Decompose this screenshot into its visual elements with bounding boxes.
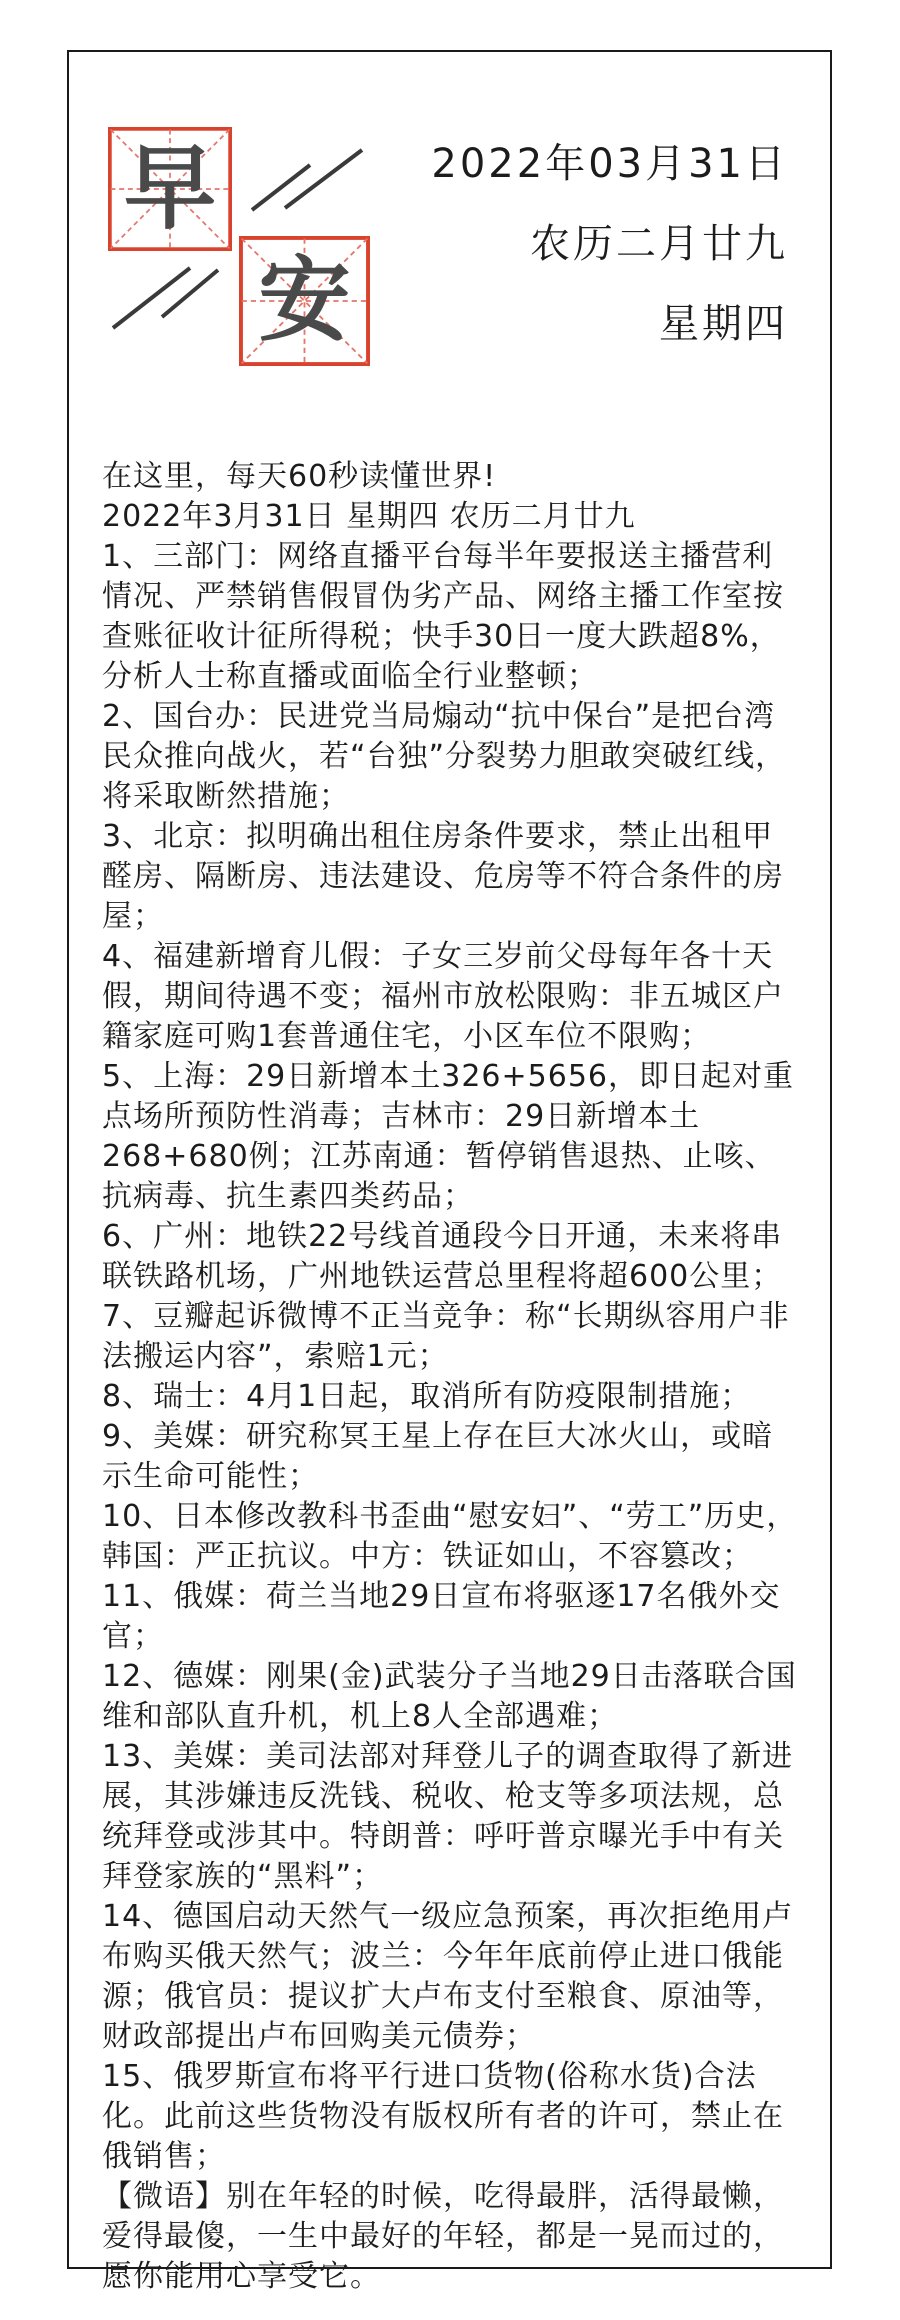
news-item: 5、上海：29日新增本土326+5656，即日起对重点场所预防性消毒；吉林市：2… — [102, 1057, 802, 1217]
date-gregorian: 2022年03月31日 — [431, 124, 788, 204]
news-item: 8、瑞士：4月1日起，取消所有防疫限制措施； — [102, 1377, 802, 1417]
tagline: 在这里，每天60秒读懂世界! — [102, 457, 802, 497]
logo-char-zao: 早 — [124, 143, 216, 235]
news-item: 15、俄罗斯宣布将平行进口货物(俗称水货)合法化。此前这些货物没有版权所有者的许… — [102, 2057, 802, 2177]
news-item: 3、北京：拟明确出租住房条件要求，禁止出租甲醛房、隔断房、违法建设、危房等不符合… — [102, 817, 802, 937]
date-heading: 2022年3月31日 星期四 农历二月廿九 — [102, 497, 802, 537]
news-body: 在这里，每天60秒读懂世界! 2022年3月31日 星期四 农历二月廿九 1、三… — [102, 457, 802, 2297]
logo-box-zao: 早 — [108, 127, 232, 251]
weiyu-quote: 【微语】别在年轻的时候，吃得最胖，活得最懒，爱得最傻，一生中最好的年轻，都是一晃… — [102, 2177, 802, 2297]
page-border: 早 安 2022年03月31日 农历二月廿九 星期四 在这里，每天60秒读懂世界… — [67, 50, 832, 2269]
news-item: 1、三部门：网络直播平台每半年要报送主播营利情况、严禁销售假冒伪劣产品、网络主播… — [102, 537, 802, 697]
news-item: 10、日本修改教科书歪曲“慰安妇”、“劳工”历史，韩国：严正抗议。中方：铁证如山… — [102, 1497, 802, 1577]
morning-news-card: 早 安 2022年03月31日 农历二月廿九 星期四 在这里，每天60秒读懂世界… — [0, 0, 900, 2320]
news-item: 14、德国启动天然气一级应急预案，再次拒绝用卢布购买俄天然气；波兰：今年年底前停… — [102, 1897, 802, 2057]
news-item: 4、福建新增育儿假：子女三岁前父母每年各十天假，期间待遇不变；福州市放松限购：非… — [102, 937, 802, 1057]
news-item: 9、美媒：研究称冥王星上存在巨大冰火山，或暗示生命可能性； — [102, 1417, 802, 1497]
date-lunar: 农历二月廿九 — [431, 204, 788, 284]
date-weekday: 星期四 — [431, 284, 788, 364]
news-item: 7、豆瓣起诉微博不正当竞争：称“长期纵容用户非法搬运内容”，索赔1元； — [102, 1297, 802, 1377]
logo-box-an: 安 — [239, 236, 370, 366]
news-item: 2、国台办：民进党当局煽动“抗中保台”是把台湾民众推向战火，若“台独”分裂势力胆… — [102, 697, 802, 817]
news-item: 13、美媒：美司法部对拜登儿子的调查取得了新进展，其涉嫌违反洗钱、税收、枪支等多… — [102, 1737, 802, 1897]
news-item: 6、广州：地铁22号线首通段今日开通，未来将串联铁路机场，广州地铁运营总里程将超… — [102, 1217, 802, 1297]
news-item: 12、德媒：刚果(金)武装分子当地29日击落联合国维和部队直升机，机上8人全部遇… — [102, 1657, 802, 1737]
news-item: 11、俄媒：荷兰当地29日宣布将驱逐17名俄外交官； — [102, 1577, 802, 1657]
logo-char-an: 安 — [258, 255, 350, 347]
date-block: 2022年03月31日 农历二月廿九 星期四 — [431, 124, 788, 364]
